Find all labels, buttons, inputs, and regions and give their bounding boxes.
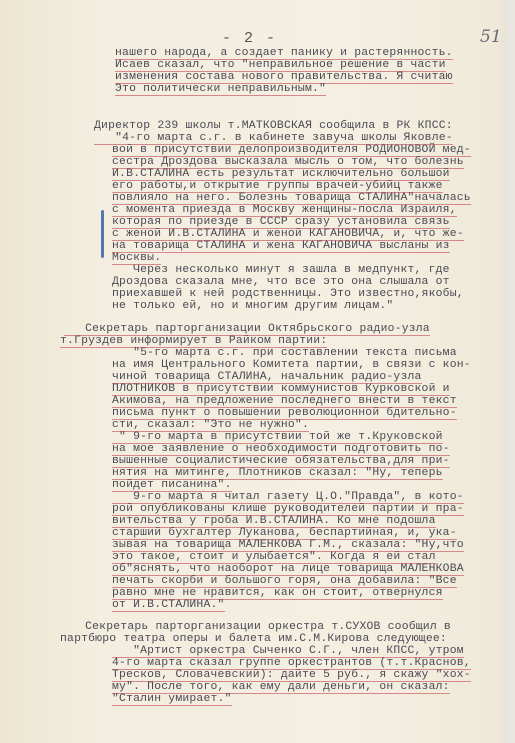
text-line: т.Груздев информирует в Райком партии: bbox=[60, 335, 327, 347]
text-line: повлияло на него. Болезнь товарища СТАЛИ… bbox=[112, 192, 471, 204]
text-line: партбюро театра оперы и балета им.С.М.Ки… bbox=[60, 633, 447, 645]
text-line: пойдет писанина". bbox=[112, 479, 232, 491]
text-line: рой опубликованы клише руководителей пар… bbox=[112, 503, 464, 515]
text-line: изменения состава нового правительства. … bbox=[115, 71, 453, 83]
text-line: И.В.СТАЛИНА есть результат исключительно… bbox=[112, 168, 450, 180]
text-line: вой в присутствии делопроизводителя РОДИ… bbox=[112, 144, 471, 156]
text-line: равно мне не нравится, как он стоит, отв… bbox=[112, 587, 443, 599]
text-line: нятия на митинге, Плотников сказал: "Ну,… bbox=[112, 467, 443, 479]
text-line: от И.В.СТАЛИНА." bbox=[112, 599, 225, 611]
document-page: - 2 - 51 нашего народа, а создает панику… bbox=[0, 0, 515, 743]
page-number: - 2 - bbox=[222, 30, 277, 47]
text-line: Москвы. bbox=[112, 252, 161, 264]
text-line: Через несколько минут я зашла в медпункт… bbox=[112, 264, 450, 276]
text-line: сти, сказал: "Это не нужно". bbox=[112, 419, 309, 431]
text-line: нашего народа, а создает панику и растер… bbox=[115, 47, 453, 59]
text-line: Секретарь парторганизации Октябрьского р… bbox=[64, 323, 430, 335]
text-line: на товарища СТАЛИНА и жена КАГАНОВИЧА вы… bbox=[112, 240, 450, 252]
text-line: Это политически неправильным." bbox=[115, 83, 326, 95]
text-line: на имя Центрального Комитета партии, в с… bbox=[112, 359, 471, 371]
text-line: му". После того, как ему дали деньги, он… bbox=[112, 681, 450, 693]
text-line: это такое, стоит и улыбается". Когда я е… bbox=[112, 551, 436, 563]
text-line: Тресков, Словачевский): дайте 5 руб., я … bbox=[112, 669, 471, 681]
text-line: ПЛОТНИКОВ в присутствии коммунистов Курк… bbox=[112, 383, 450, 395]
text-line: вышенные социалистические обязательства,… bbox=[112, 455, 450, 467]
text-line: 9-го марта я читал газету Ц.О."Правда", … bbox=[112, 491, 464, 503]
text-line: 4-го марта сказал группе оркестрантов (т… bbox=[112, 657, 471, 669]
text-line: вительства у гроба И.В.СТАЛИНА. Ко мне п… bbox=[112, 515, 436, 527]
text-line: чиной товарища СТАЛИНА, начальник радио-… bbox=[112, 371, 422, 383]
text-line: приехавшей к ней родственницы. Это извес… bbox=[112, 288, 464, 300]
text-line: на мое заявление о необходимости подгото… bbox=[112, 443, 450, 455]
text-line: Секретарь парторганизации оркестра т.СУХ… bbox=[64, 621, 451, 633]
text-line: его работы,и открытие группы врачей-убий… bbox=[112, 180, 443, 192]
text-line: Директор 239 школы т.МАТКОВСКАЯ сообщила… bbox=[94, 120, 453, 132]
text-line: которая по приезде в СССР сразу установи… bbox=[112, 216, 450, 228]
text-line: "5-го марта с.г. при составлении текста … bbox=[112, 347, 457, 359]
text-line: печать скорби и большого горя, она добав… bbox=[112, 575, 457, 587]
text-line: Дроздова сказала мне, что все это она сл… bbox=[112, 276, 450, 288]
folio-number: 51 bbox=[480, 27, 502, 47]
paper-edge bbox=[507, 0, 515, 743]
text-line: "Артист оркестра Сыченко С.Г., член КПСС… bbox=[112, 645, 464, 657]
text-line: "Сталин умирает." bbox=[112, 693, 232, 705]
text-line: не только ей, но и многим другим лицам." bbox=[112, 300, 393, 312]
text-line: об"яснять, что наоборот на лице товарища… bbox=[112, 563, 464, 575]
text-line: Исаев сказал, что "неправильное решение … bbox=[115, 59, 446, 71]
text-line: старший бухгалтер Луканова, беспартийная… bbox=[112, 527, 457, 539]
text-line: " 9-го марта в присутствии той же т.Крук… bbox=[112, 431, 443, 443]
margin-pencil-mark bbox=[101, 210, 104, 258]
text-line: Акимова, на предложение последнего внест… bbox=[112, 395, 457, 407]
text-line: с женой И.В.СТАЛИНА и женой КАГАНОВИЧА, … bbox=[112, 228, 464, 240]
text-line: с момента приезда в Москву женщины-посла… bbox=[112, 204, 457, 216]
text-line: "4-го марта с.г. в кабинете завуча школы… bbox=[94, 132, 453, 144]
text-line: письма пункт о повышении революционной б… bbox=[112, 407, 457, 419]
text-line: зывая на товарища МАЛЕНКОВА Г.М., сказал… bbox=[112, 539, 464, 551]
text-line: сестра Дроздова высказала мысль о том, ч… bbox=[112, 156, 464, 168]
